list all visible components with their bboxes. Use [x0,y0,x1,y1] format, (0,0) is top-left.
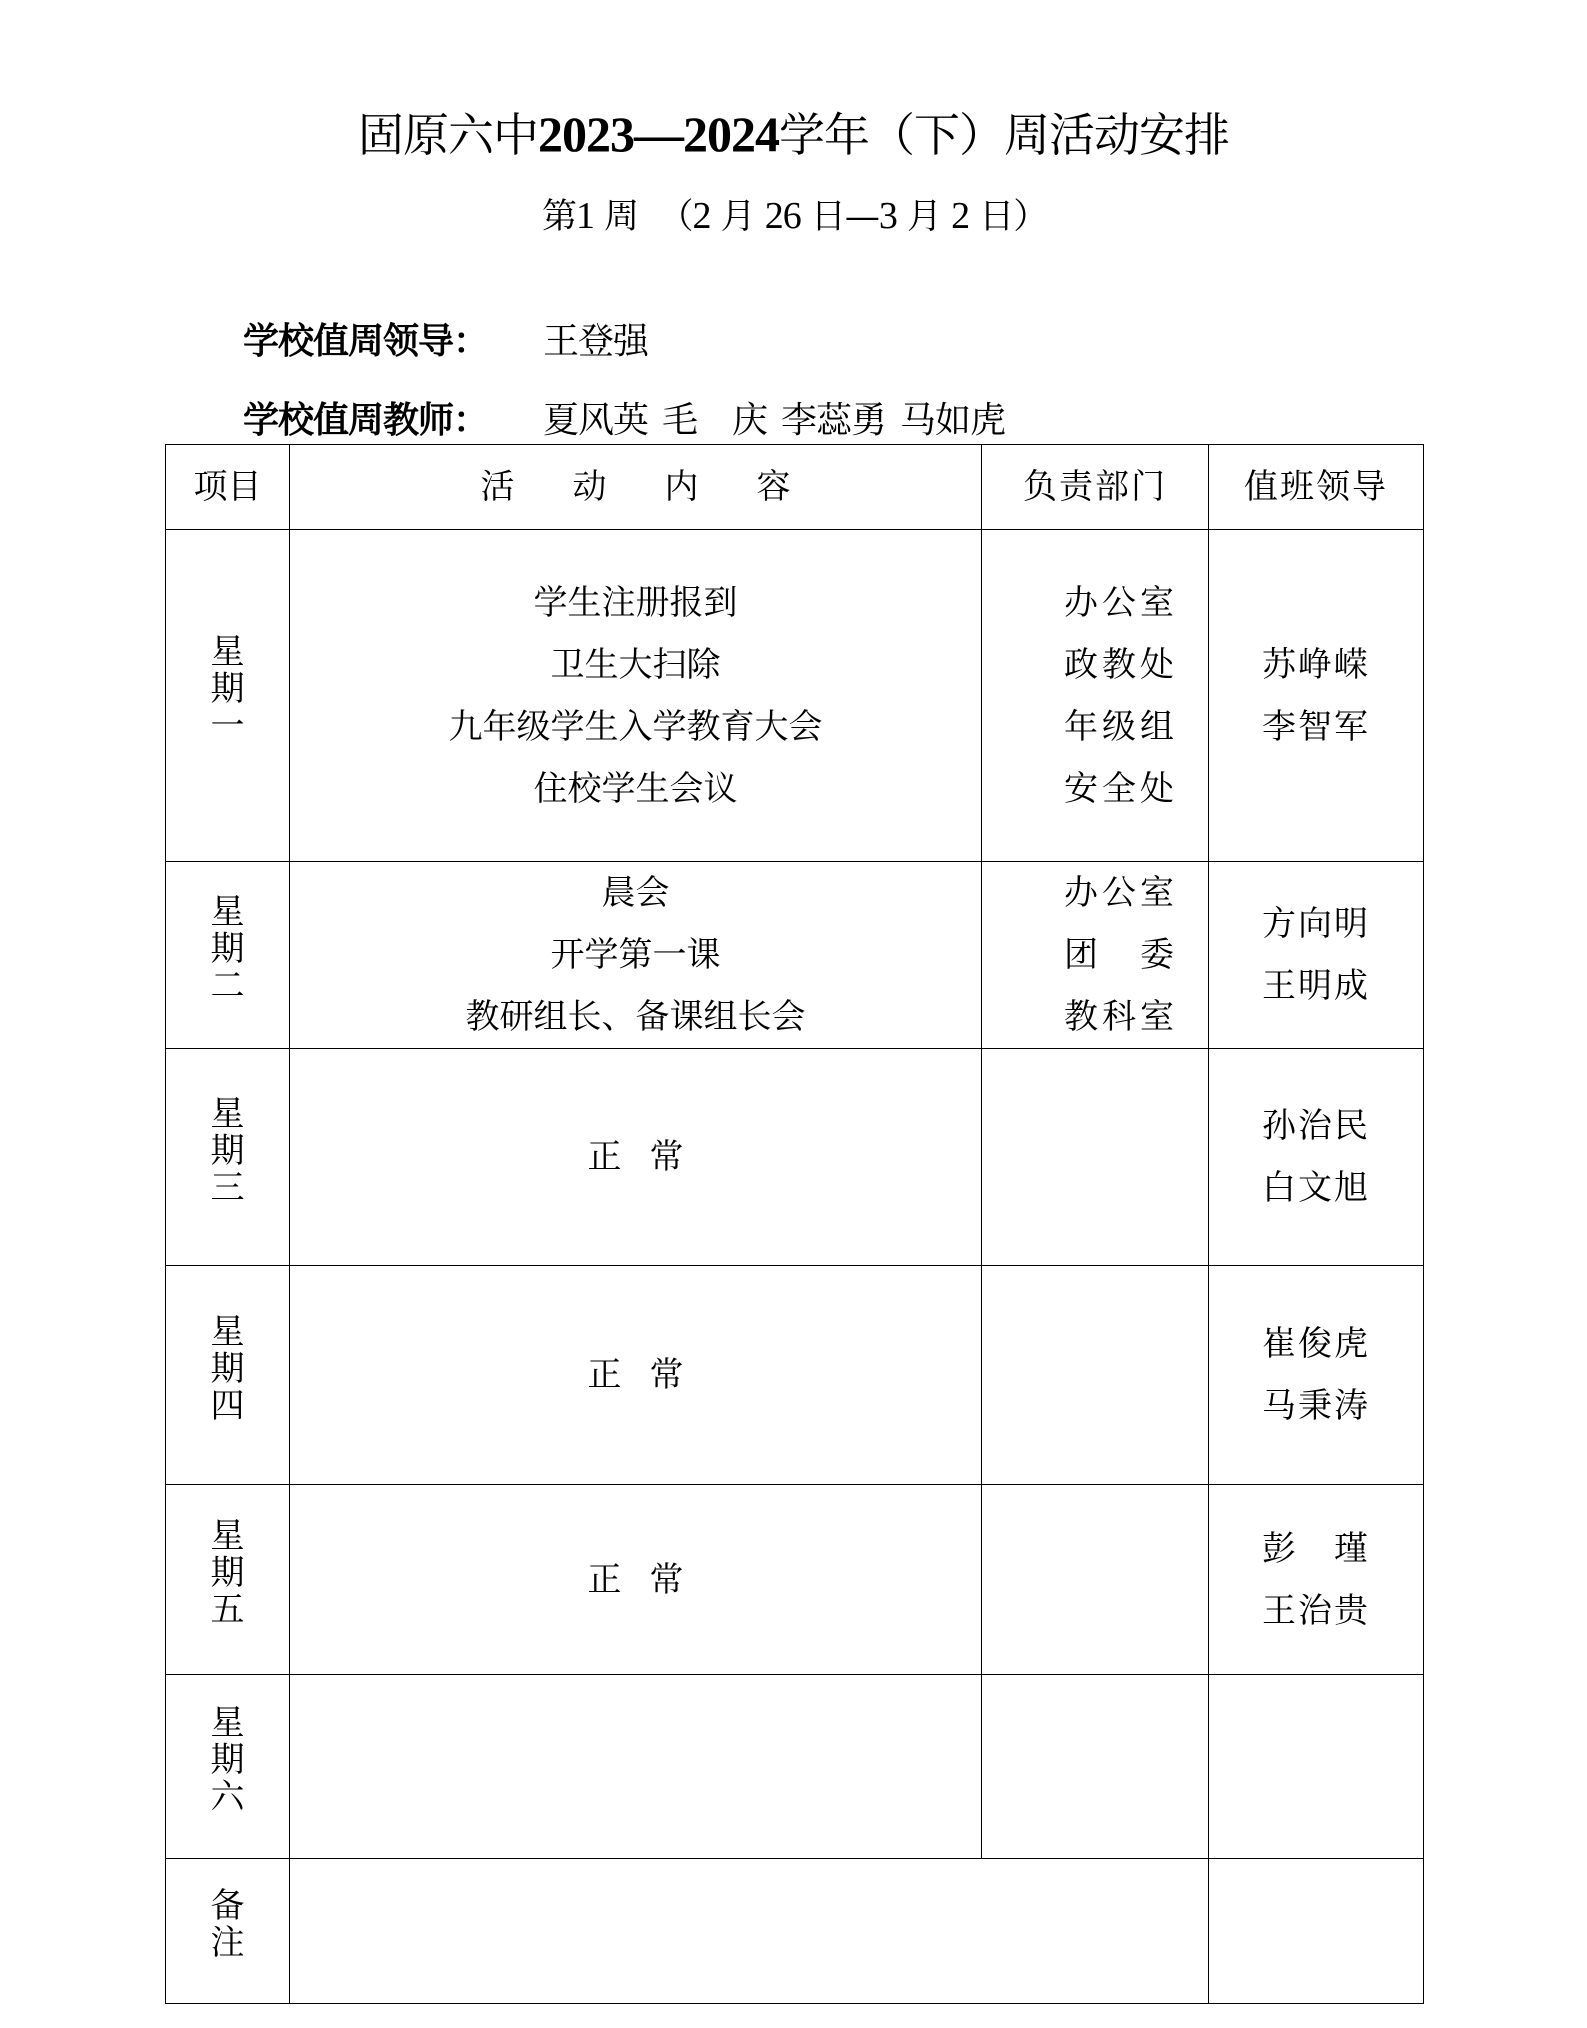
header-item: 项目 [166,445,290,530]
day-label: 星期六 [208,1705,248,1816]
leader-name: 王明成 [1209,955,1423,1017]
duty-leader-label: 学校值周领导： [243,318,543,364]
department-item: 安全处 [1034,758,1208,820]
duty-teachers-list: 夏风英毛 庆李蕊勇马如虎 [543,400,1019,441]
departments-cell: 办公室 团 委 教科室 [982,862,1209,1049]
leader-name: 马秉涛 [1209,1375,1423,1437]
week-subtitle: 第1 周 （2 月 26 日—3 月 2 日） [542,192,1142,241]
leader-name: 苏峥嵘 [1209,634,1423,696]
departments-cell [982,1266,1209,1485]
leaders-cell: 苏峥嵘 李智军 [1209,530,1424,862]
duty-leader-name: 王登强 [543,321,648,362]
remarks-label: 备注 [208,1888,248,1962]
duty-teacher-name: 夏风英 [543,400,648,441]
activities-cell: 正常 [290,1485,982,1675]
activity-char: 正 [588,1549,622,1611]
title-years: 2023—2024 [538,106,779,162]
leader-name: 李智军 [1209,696,1423,758]
table-row-wednesday: 星期三 正常 孙治民 白文旭 [166,1049,1424,1266]
leader-name: 王治贵 [1209,1580,1423,1642]
day-cell: 星期三 [166,1049,290,1266]
activities-cell: 晨会 开学第一课 教研组长、备课组长会 [290,862,982,1049]
activity-char: 常 [650,1549,684,1611]
leader-name: 彭 瑾 [1209,1518,1423,1580]
weekly-schedule-table: 项目 活动内容 负责部门 值班领导 星期一 学生注册报到 卫生大扫除 九年级学生… [165,444,1424,2004]
day-cell: 星期一 [166,530,290,862]
leader-name: 方向明 [1209,893,1423,955]
department-item: 政教处 [1034,634,1208,696]
leader-name: 崔俊虎 [1209,1313,1423,1375]
department-item: 年级组 [1034,696,1208,758]
table-row-friday: 星期五 正常 彭 瑾 王治贵 [166,1485,1424,1675]
activities-cell: 正常 [290,1049,982,1266]
header-activity-char: 内 [665,456,699,518]
header-department: 负责部门 [982,445,1209,530]
departments-cell [982,1485,1209,1675]
leaders-cell: 方向明 王明成 [1209,862,1424,1049]
activities-cell: 正常 [290,1266,982,1485]
department-item: 团 委 [1034,924,1208,986]
date-end-day: 2 [951,195,969,237]
date-open: （ [658,197,692,237]
activity-item: 晨会 [290,862,981,924]
date-start-day: 26 [765,195,801,237]
remarks-leader-cell [1209,1859,1424,2004]
departments-cell: 办公室 政教处 年级组 安全处 [982,530,1209,862]
day-label: 星期一 [208,634,248,745]
activity-item: 开学第一课 [290,924,981,986]
date-close: 日） [979,197,1047,237]
departments-cell [982,1049,1209,1266]
duty-teacher-name: 李蕊勇 [781,400,886,441]
activity-char: 常 [650,1344,684,1406]
leader-name: 白文旭 [1209,1157,1423,1219]
duty-teachers-line: 学校值周教师：夏风英毛 庆李蕊勇马如虎 [243,397,1019,444]
activities-cell [290,1675,982,1859]
header-activity: 活动内容 [290,445,982,530]
day-label: 星期三 [208,1096,248,1207]
document-title: 固原六中2023—2024学年（下）周活动安排 [0,104,1587,165]
table-row-saturday: 星期六 [166,1675,1424,1859]
week-prefix: 第 [542,197,576,237]
table-row-thursday: 星期四 正常 崔俊虎 马秉涛 [166,1266,1424,1485]
activity-item: 住校学生会议 [290,758,981,820]
date-sep: 日— [811,197,879,237]
day-label: 星期五 [208,1518,248,1629]
departments-cell [982,1675,1209,1859]
day-label: 星期四 [208,1314,248,1425]
duty-teachers-label: 学校值周教师： [243,397,543,443]
header-activity-char: 活 [481,456,515,518]
leader-name: 孙治民 [1209,1095,1423,1157]
activity-char: 正 [588,1344,622,1406]
week-number: 1 [576,195,594,237]
day-label: 星期二 [208,894,248,1005]
activity-char: 常 [650,1126,684,1188]
day-cell: 星期六 [166,1675,290,1859]
header-duty-leader: 值班领导 [1209,445,1424,530]
activity-item: 教研组长、备课组长会 [290,986,981,1048]
day-cell: 星期五 [166,1485,290,1675]
activity-item: 九年级学生入学教育大会 [290,696,981,758]
table-row-tuesday: 星期二 晨会 开学第一课 教研组长、备课组长会 办公室 团 委 教科室 方向明 … [166,862,1424,1049]
activity-item: 卫生大扫除 [290,634,981,696]
date-end-month: 3 [879,195,897,237]
leaders-cell: 孙治民 白文旭 [1209,1049,1424,1266]
leaders-cell: 崔俊虎 马秉涛 [1209,1266,1424,1485]
remarks-label-cell: 备注 [166,1859,290,2004]
header-activity-char: 容 [757,456,791,518]
leaders-cell [1209,1675,1424,1859]
week-suffix: 周 [604,197,638,237]
department-item: 办公室 [1034,862,1208,924]
table-header-row: 项目 活动内容 负责部门 值班领导 [166,445,1424,530]
table-row-remarks: 备注 [166,1859,1424,2004]
activity-item: 学生注册报到 [290,572,981,634]
leaders-cell: 彭 瑾 王治贵 [1209,1485,1424,1675]
date-start-month: 2 [692,195,710,237]
duty-teacher-name: 马如虎 [900,400,1005,441]
activities-cell: 学生注册报到 卫生大扫除 九年级学生入学教育大会 住校学生会议 [290,530,982,862]
activity-char: 正 [588,1126,622,1188]
title-suffix: 学年（下）周活动安排 [779,108,1229,162]
duty-teacher-name: 毛 庆 [662,400,767,441]
department-item: 办公室 [1034,572,1208,634]
header-activity-char: 动 [573,456,607,518]
day-cell: 星期四 [166,1266,290,1485]
duty-leader-line: 学校值周领导：王登强 [243,318,648,365]
table-row-monday: 星期一 学生注册报到 卫生大扫除 九年级学生入学教育大会 住校学生会议 办公室 … [166,530,1424,862]
day-cell: 星期二 [166,862,290,1049]
department-item: 教科室 [1034,986,1208,1048]
title-school: 固原六中 [358,108,538,162]
remarks-content-cell [290,1859,1209,2004]
